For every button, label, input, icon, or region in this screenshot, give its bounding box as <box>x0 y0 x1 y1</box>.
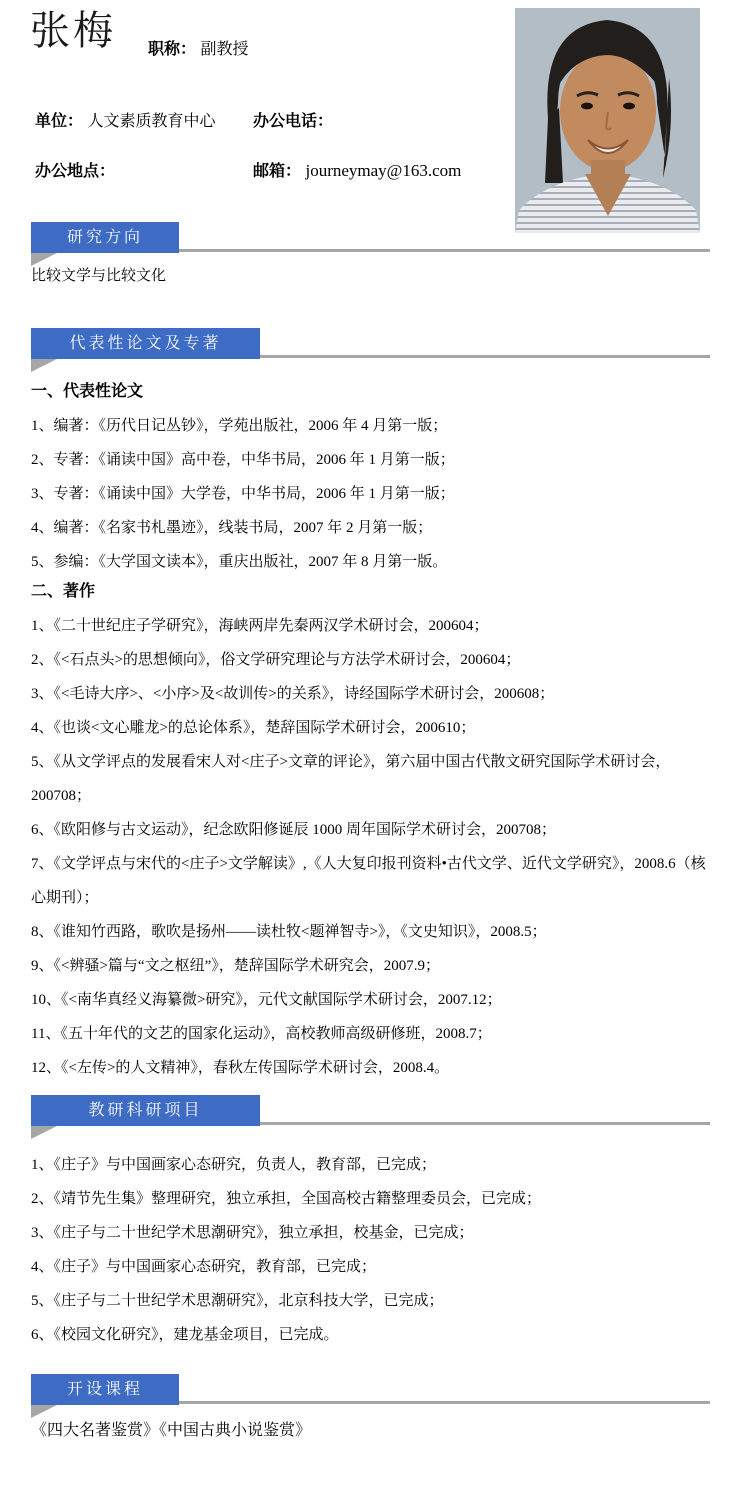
research-direction-text: 比较文学与比较文化 <box>31 266 710 286</box>
section-projects: 教研科研项目 1、《庄子》与中国画家心态研究，负责人，教育部，已完成；2、《靖节… <box>0 1095 738 1352</box>
email-label: 邮箱： <box>253 163 301 180</box>
office-row: 办公地点： <box>35 158 115 181</box>
unit-row: 单位： 人文素质教育中心 <box>35 108 215 131</box>
section-publications: 代表性论文及专著 一、代表性论文 1、编著：《历代日记丛钞》，学苑出版社，200… <box>0 328 738 1085</box>
section-projects-header: 教研科研项目 <box>31 1095 710 1126</box>
office-label: 办公地点： <box>35 163 115 180</box>
profile-photo <box>515 8 700 233</box>
phone-row: 办公电话： <box>253 108 333 131</box>
work-item: 3、《<毛诗大序>、<小序>及<故训传>的关系》，诗经国际学术研讨会，20060… <box>31 677 710 711</box>
title-label: 职称： <box>148 41 196 58</box>
work-item: 11、《五十年代的文艺的国家化运动》，高校教师高级研修班，2008.7； <box>31 1017 710 1051</box>
work-item: 6、《欧阳修与古文运动》，纪念欧阳修诞辰 1000 周年国际学术研讨会，2007… <box>31 813 710 847</box>
section-research-heading: 研究方向 <box>31 222 179 253</box>
work-item: 1、《二十世纪庄子学研究》，海峡两岸先秦两汉学术研讨会，200604； <box>31 609 710 643</box>
faculty-profile-page: 张梅 职称： 副教授 单位： 人文素质教育中心 办公电话： 办公地点： 邮箱： … <box>0 0 738 1486</box>
unit-label: 单位： <box>35 113 83 130</box>
section-courses-heading: 开设课程 <box>31 1374 179 1405</box>
paper-item: 1、编著：《历代日记丛钞》，学苑出版社，2006 年 4 月第一版； <box>31 409 710 443</box>
fold-corner-icon <box>31 253 57 266</box>
project-item: 2、《靖节先生集》整理研究，独立承担，全国高校古籍整理委员会，已完成； <box>31 1182 710 1216</box>
email-value: journeymay@163.com <box>305 161 461 180</box>
email-row: 邮箱： journeymay@163.com <box>253 158 461 181</box>
fold-corner-icon <box>31 1405 57 1418</box>
work-item: 8、《谁知竹西路，歌吹是扬州——读杜牧<题禅智寺>》，《文史知识》，2008.5… <box>31 915 710 949</box>
project-item: 4、《庄子》与中国画家心态研究，教育部，已完成； <box>31 1250 710 1284</box>
work-item: 5、《从文学评点的发展看宋人对<庄子>文章的评论》，第六届中国古代散文研究国际学… <box>31 745 710 813</box>
paper-item: 4、编著：《名家书札墨迹》，线装书局，2007 年 2 月第一版； <box>31 511 710 545</box>
paper-item: 2、专著：《诵读中国》高中卷，中华书局，2006 年 1 月第一版； <box>31 443 710 477</box>
project-item: 6、《校园文化研究》，建龙基金项目，已完成。 <box>31 1318 710 1352</box>
work-item: 10、《<南华真经义海纂微>研究》，元代文献国际学术研讨会，2007.12； <box>31 983 710 1017</box>
project-item: 3、《庄子与二十世纪学术思潮研究》，独立承担，校基金，已完成； <box>31 1216 710 1250</box>
projects-list: 1、《庄子》与中国画家心态研究，负责人，教育部，已完成；2、《靖节先生集》整理研… <box>31 1148 710 1352</box>
work-item: 7、《文学评点与宋代的<庄子>文学解读》,《人大复印报刊资料•古代文学、近代文学… <box>31 847 710 915</box>
unit-value: 人文素质教育中心 <box>87 113 215 130</box>
section-courses-header: 开设课程 <box>31 1374 710 1405</box>
paper-item: 3、专著：《诵读中国》大学卷，中华书局，2006 年 1 月第一版； <box>31 477 710 511</box>
section-courses: 开设课程 《四大名著鉴赏》《中国古典小说鉴赏》 <box>0 1374 738 1442</box>
section-research: 研究方向 比较文学与比较文化 <box>0 222 738 286</box>
person-name: 张梅 <box>30 8 116 54</box>
courses-text: 《四大名著鉴赏》《中国古典小说鉴赏》 <box>31 1420 710 1442</box>
fold-corner-icon <box>31 1126 57 1139</box>
section-publications-header: 代表性论文及专著 <box>31 328 710 359</box>
section-publications-heading: 代表性论文及专著 <box>31 328 260 359</box>
title-value: 副教授 <box>200 41 248 58</box>
section-projects-heading: 教研科研项目 <box>31 1095 260 1126</box>
phone-label: 办公电话： <box>253 113 333 130</box>
works-group-title: 二、著作 <box>31 575 710 609</box>
section-research-header: 研究方向 <box>31 222 710 253</box>
project-item: 1、《庄子》与中国画家心态研究，负责人，教育部，已完成； <box>31 1148 710 1182</box>
title-row: 职称： 副教授 <box>148 36 248 59</box>
work-item: 2、《<石点头>的思想倾向》，俗文学研究理论与方法学术研讨会，200604； <box>31 643 710 677</box>
paper-item: 5、参编：《大学国文读本》，重庆出版社，2007 年 8 月第一版。 <box>31 545 710 579</box>
work-item: 4、《也谈<文心雕龙>的总论体系》，楚辞国际学术研讨会，200610； <box>31 711 710 745</box>
fold-corner-icon <box>31 359 57 372</box>
work-item: 12、《<左传>的人文精神》，春秋左传国际学术研讨会，2008.4。 <box>31 1051 710 1085</box>
works-list: 1、《二十世纪庄子学研究》，海峡两岸先秦两汉学术研讨会，200604；2、《<石… <box>31 609 710 1085</box>
papers-group-title: 一、代表性论文 <box>31 375 710 409</box>
portrait-photo-icon <box>515 8 700 233</box>
project-item: 5、《庄子与二十世纪学术思潮研究》，北京科技大学，已完成； <box>31 1284 710 1318</box>
work-item: 9、《<辨骚>篇与“文之枢纽”》，楚辞国际学术研究会，2007.9； <box>31 949 710 983</box>
papers-list: 1、编著：《历代日记丛钞》，学苑出版社，2006 年 4 月第一版；2、专著：《… <box>31 409 710 579</box>
